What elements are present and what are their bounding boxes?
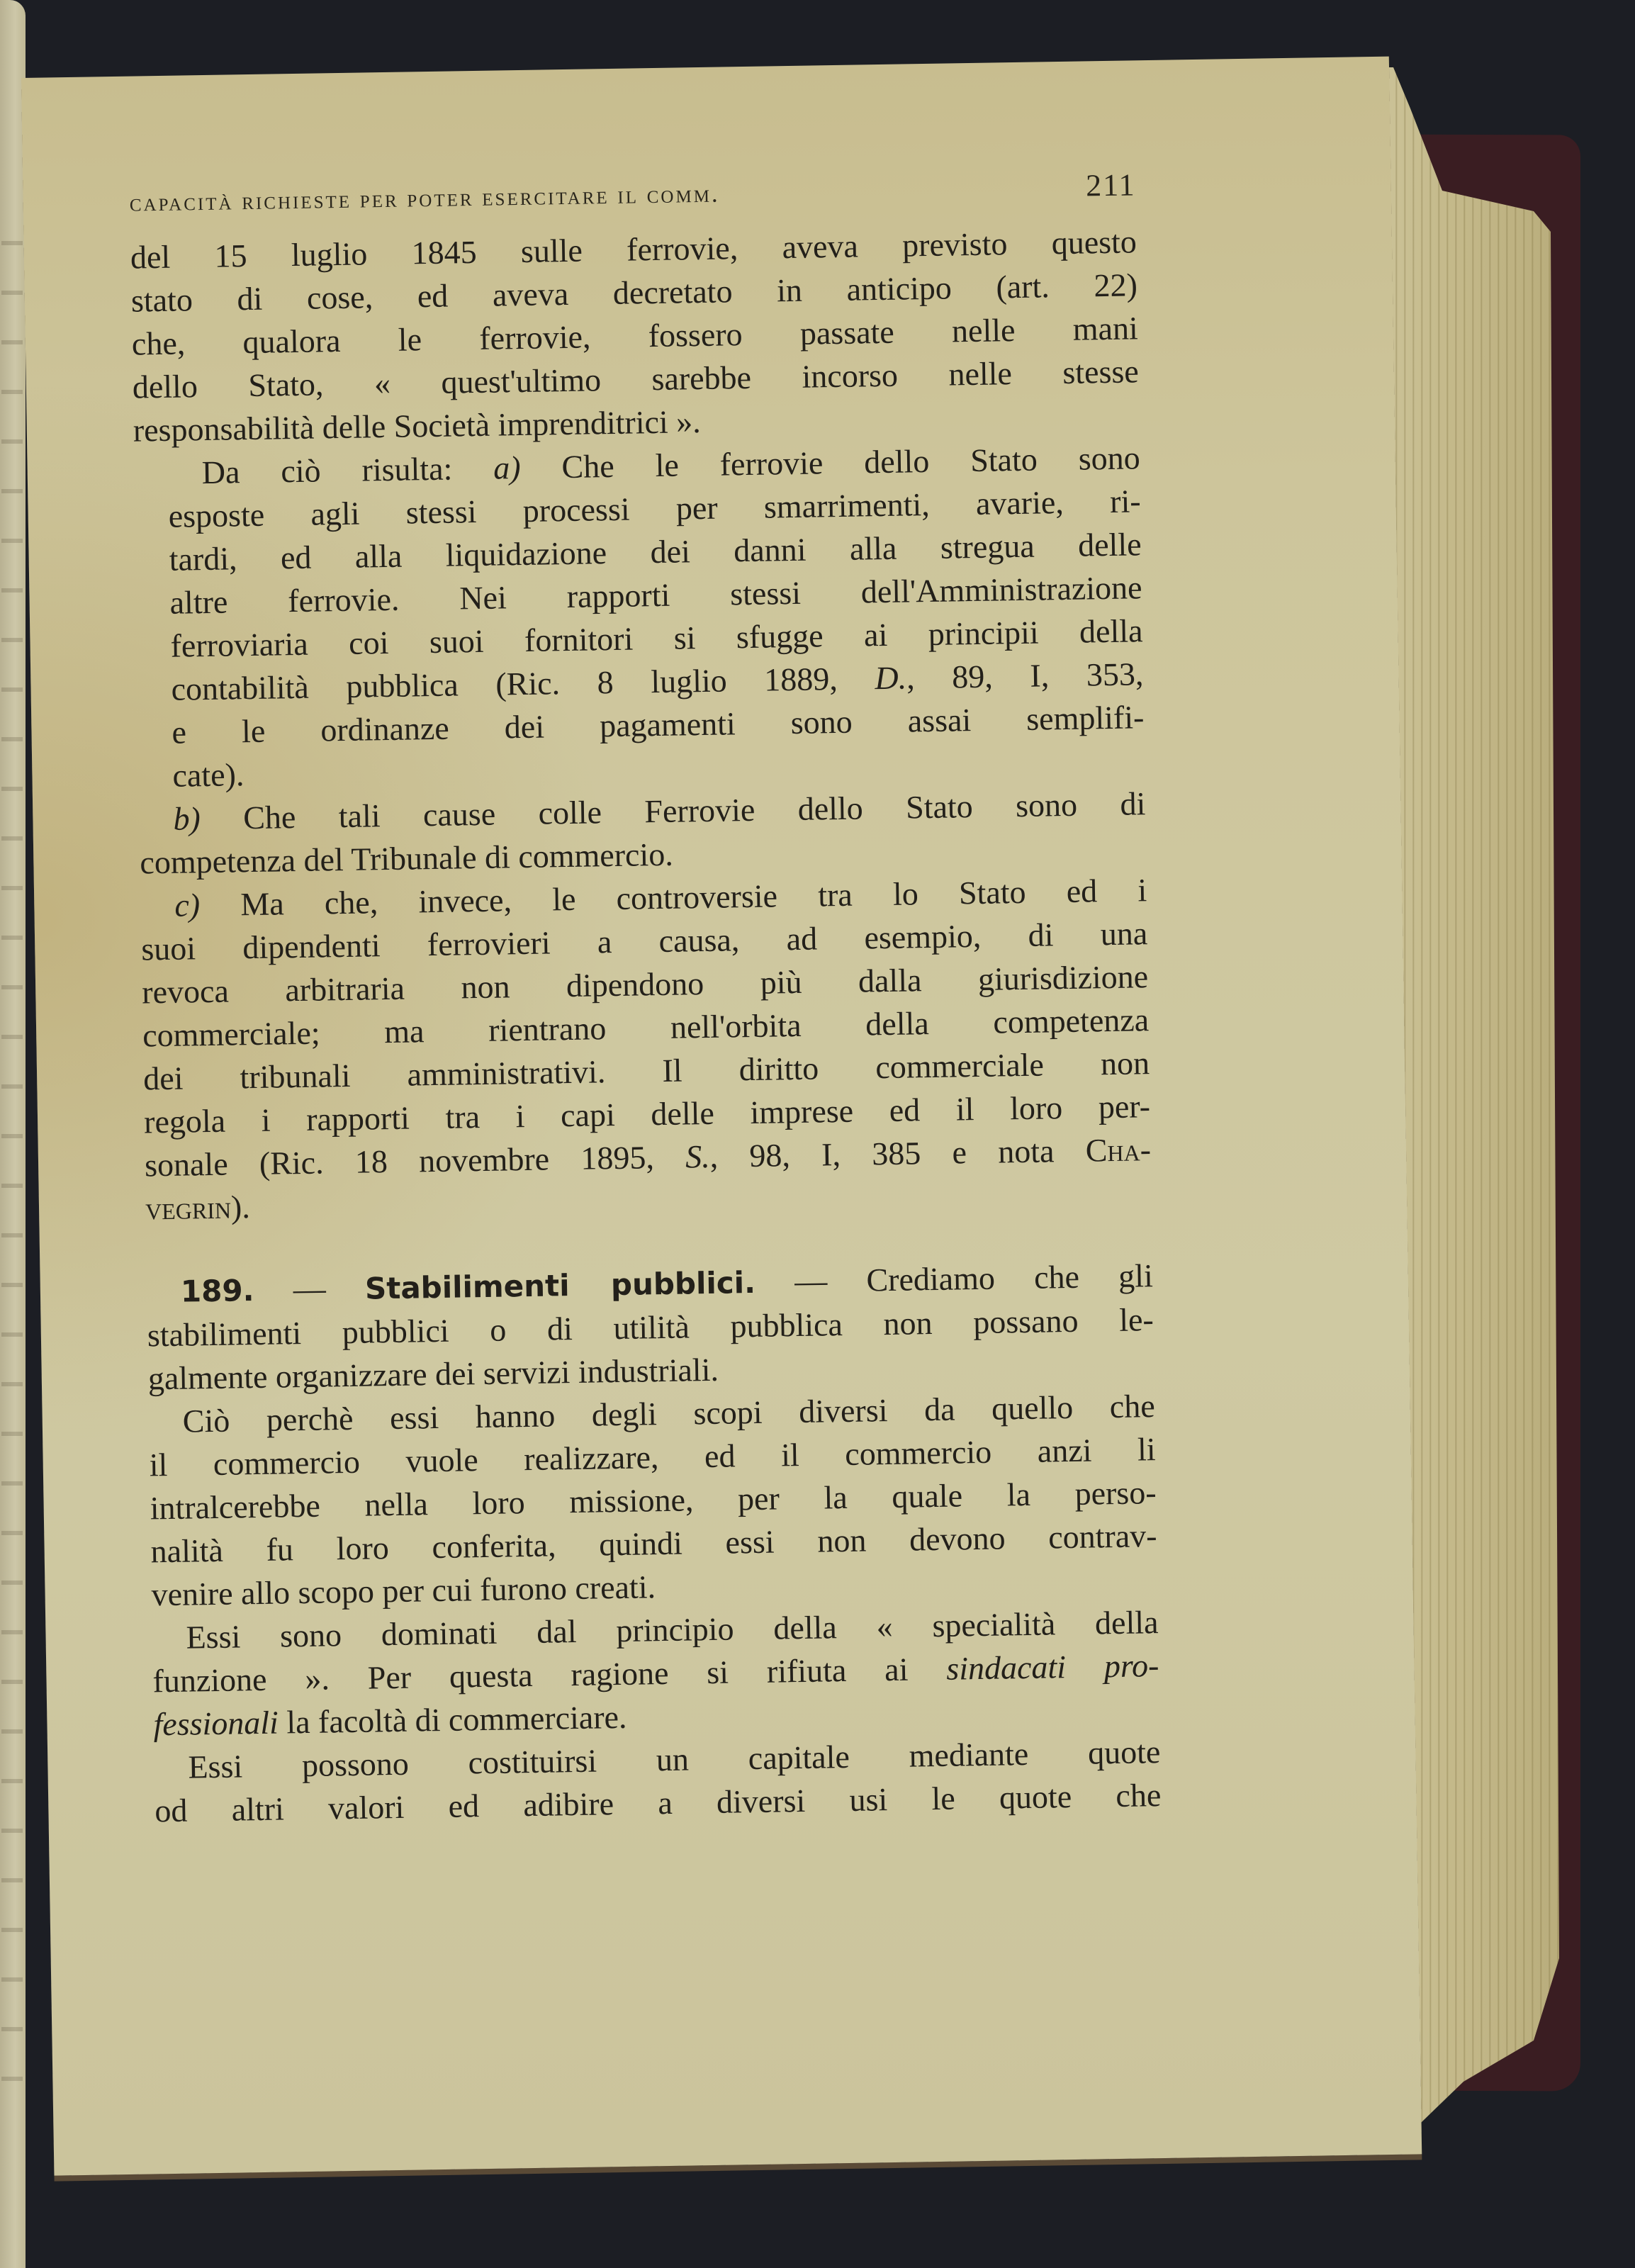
paragraph: Essi possono costituirsi un capitale med… — [154, 1730, 1162, 1832]
book-page: CAPACITÀ RICHIESTE PER POTER ESERCITARE … — [21, 57, 1422, 2176]
adjacent-left-page — [0, 0, 26, 2268]
page-number: 211 — [1086, 167, 1136, 203]
running-head: CAPACITÀ RICHIESTE PER POTER ESERCITARE … — [129, 180, 719, 218]
section-dash: — — [293, 1270, 326, 1307]
author-name: vegrin — [145, 1189, 232, 1227]
paragraph: Ciò perchè essi hanno degli scopi divers… — [148, 1384, 1158, 1616]
paragraph: del 15 luglio 1845 sulle ferrovie, aveva… — [130, 220, 1140, 451]
citation-abbrev: S. — [685, 1138, 710, 1175]
list-marker-b: b) — [173, 800, 201, 837]
text-fragment: — Crediamo che gli — [794, 1257, 1153, 1299]
citation-abbrev: D. — [875, 659, 907, 696]
body-text: del 15 luglio 1845 sulle ferrovie, aveva… — [130, 220, 1162, 1832]
paragraph: Essi sono dominati dal principio della «… — [152, 1600, 1160, 1746]
paragraph: Da ciò risulta: a) Che le ferrovie dello… — [133, 436, 1145, 797]
paragraph: b) Che tali cause colle Ferrovie dello S… — [139, 782, 1147, 884]
section-189: 189. — Stabilimenti pubblici. — Crediamo… — [146, 1254, 1154, 1400]
section-title: Stabilimenti pubblici. — [365, 1265, 756, 1306]
page-header: CAPACITÀ RICHIESTE PER POTER ESERCITARE … — [129, 167, 1136, 218]
list-marker-c: c) — [174, 887, 201, 924]
paragraph: c) Ma che, invece, le controversie tra l… — [140, 868, 1152, 1230]
author-name: Cha- — [1085, 1131, 1151, 1168]
left-page-text-marks — [1, 213, 23, 2126]
italic-term: fessionali — [153, 1705, 279, 1743]
list-marker-a: a) — [493, 449, 521, 486]
section-number: 189. — [181, 1273, 254, 1309]
italic-term: sindacati pro- — [946, 1647, 1159, 1687]
